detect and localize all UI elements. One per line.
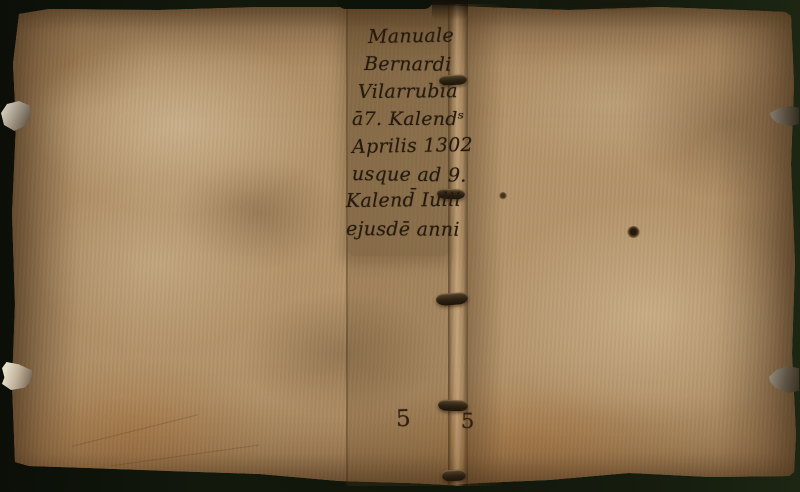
spine-title-line: Manuale (368, 22, 462, 51)
spine-top-smudge (432, 0, 468, 20)
wormhole (499, 192, 507, 200)
spine-title-line: ā7. Kalendˢ (352, 106, 462, 133)
spine-title-line: ejusdē anni (346, 216, 462, 244)
folio-number-left: 5 (396, 408, 411, 431)
top-edge-notch (337, 0, 433, 9)
spine-title-line: usque ad 9. (352, 161, 462, 190)
top-edge-smudge (543, 1, 655, 7)
spine-title: Manuale Bernardi Vilarrubia ā7. Kalendˢ … (346, 24, 462, 243)
spine-title-line: Aprilis 1302 (352, 132, 462, 161)
folio-number-right: 5 (461, 411, 475, 432)
spine-title-line: Bernardi (364, 51, 462, 79)
sewing-support (442, 470, 466, 482)
spine-title-line: Vilarrubia (358, 78, 462, 106)
rust-speck (555, 11, 559, 15)
wormhole (627, 226, 640, 239)
spine-title-line: Kalend̄ Iulii (346, 187, 462, 216)
manuscript-photo: Manuale Bernardi Vilarrubia ā7. Kalendˢ … (0, 0, 800, 492)
